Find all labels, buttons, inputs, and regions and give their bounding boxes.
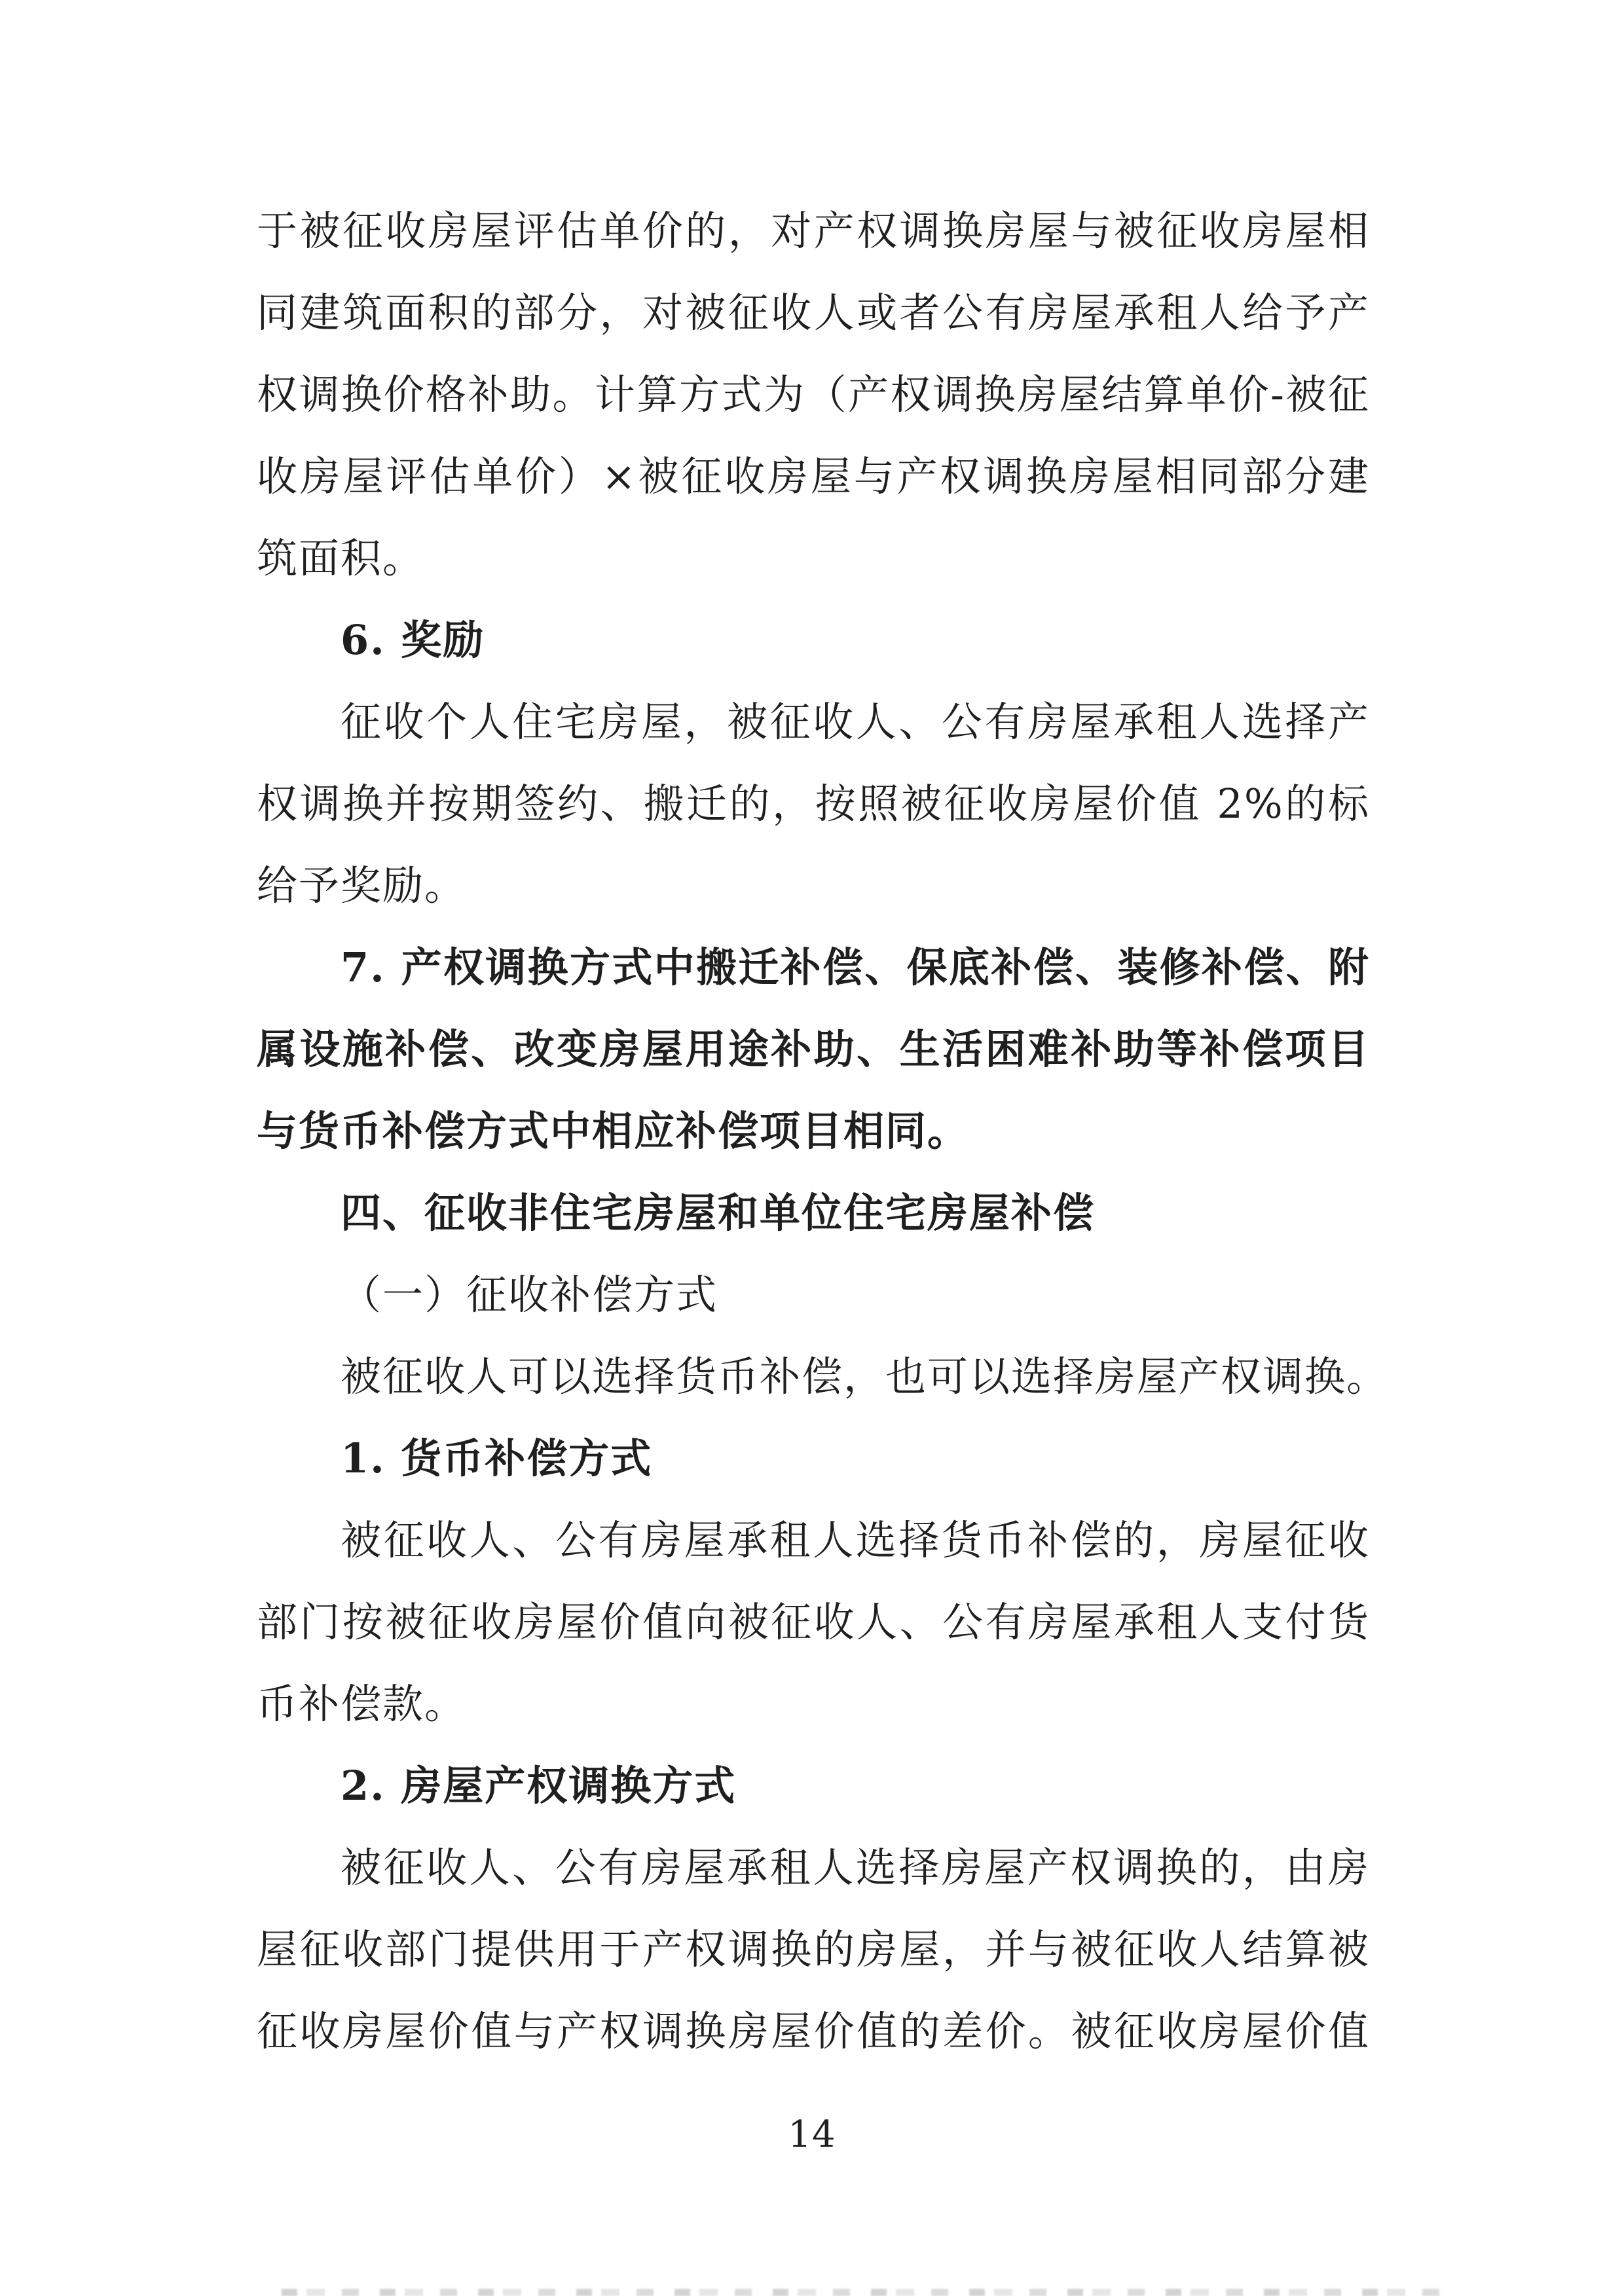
- text-line-23: 征收房屋价值与产权调换房屋价值的差价。被征收房屋价值: [257, 1990, 1370, 2072]
- text-line-21: 被征收人、公有房屋承租人选择房屋产权调换的，由房: [257, 1827, 1370, 1908]
- document-page: 于被征收房屋评估单价的，对产权调换房屋与被征收房屋相同建筑面积的部分，对被征收人…: [0, 0, 1624, 2296]
- text-line-8: 权调换并按期签约、搬迁的，按照被征收房屋价值 2%的标准: [257, 763, 1370, 845]
- page-number: 14: [0, 2112, 1624, 2158]
- text-line-19: 币补偿款。: [257, 1663, 1370, 1745]
- text-line-15: 被征收人可以选择货币补偿，也可以选择房屋产权调换。: [257, 1336, 1370, 1417]
- cutoff-next-line-fragments: [282, 2289, 1447, 2296]
- text-line-10: 7. 产权调换方式中搬迁补偿、保底补偿、装修补偿、附: [257, 926, 1370, 1008]
- text-line-1: 于被征收房屋评估单价的，对产权调换房屋与被征收房屋相: [257, 190, 1370, 272]
- text-line-2: 同建筑面积的部分，对被征收人或者公有房屋承租人给予产: [257, 272, 1370, 354]
- text-line-9: 给予奖励。: [257, 845, 1370, 926]
- text-line-18: 部门按被征收房屋价值向被征收人、公有房屋承租人支付货: [257, 1581, 1370, 1663]
- text-line-13: 四、征收非住宅房屋和单位住宅房屋补偿: [257, 1172, 1370, 1254]
- text-line-3: 权调换价格补助。计算方式为（产权调换房屋结算单价-被征: [257, 354, 1370, 435]
- text-line-14: （一）征收补偿方式: [257, 1254, 1370, 1336]
- text-line-16: 1. 货币补偿方式: [257, 1417, 1370, 1499]
- text-line-4: 收房屋评估单价）×被征收房屋与产权调换房屋相同部分建: [257, 435, 1370, 517]
- text-line-20: 2. 房屋产权调换方式: [257, 1745, 1370, 1827]
- text-line-12: 与货币补偿方式中相应补偿项目相同。: [257, 1090, 1370, 1172]
- text-block: 于被征收房屋评估单价的，对产权调换房屋与被征收房屋相同建筑面积的部分，对被征收人…: [257, 190, 1370, 2072]
- text-line-7: 征收个人住宅房屋，被征收人、公有房屋承租人选择产: [257, 681, 1370, 763]
- text-line-6: 6. 奖励: [257, 599, 1370, 681]
- text-line-22: 屋征收部门提供用于产权调换的房屋，并与被征收人结算被: [257, 1908, 1370, 1990]
- text-line-11: 属设施补偿、改变房屋用途补助、生活困难补助等补偿项目: [257, 1008, 1370, 1090]
- text-line-5: 筑面积。: [257, 517, 1370, 599]
- text-line-17: 被征收人、公有房屋承租人选择货币补偿的，房屋征收: [257, 1499, 1370, 1581]
